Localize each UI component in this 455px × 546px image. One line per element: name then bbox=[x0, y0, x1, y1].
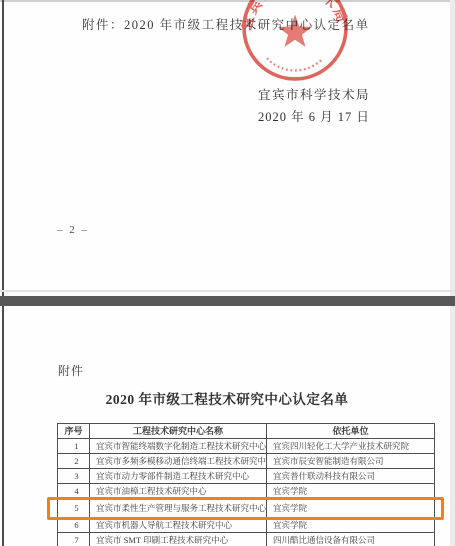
table-row: 2 宜宾市多频多模移动通信终端工程技术研究中心 宜宾市辰安智能制造有限公司 bbox=[58, 454, 435, 469]
row-center-name: 宜宾市油樟工程技术研究中心 bbox=[90, 484, 267, 499]
row-supporting-unit: 宜宾学院 bbox=[267, 499, 435, 518]
issuer-name: 宜宾市科学技术局 bbox=[258, 85, 370, 103]
list-title: 2020 年市级工程技术研究中心认定名单 bbox=[4, 388, 450, 408]
row-center-name: 宜宾市多频多模移动通信终端工程技术研究中心 bbox=[90, 454, 267, 469]
header-serial-number: 序号 bbox=[58, 424, 90, 439]
official-seal-stamp: 宜宾市科学技术局 bbox=[239, 0, 351, 84]
table-header-row: 序号 工程技术研究中心名称 依托单位 bbox=[58, 424, 435, 439]
row-supporting-unit: 宜宾普什联动科技有限公司 bbox=[267, 469, 435, 484]
row-center-name: 宜宾市动力零部件制造工程技术研究中心 bbox=[90, 469, 267, 484]
row-center-name: 宜宾市 SMT 印刷工程技术研究中心 bbox=[90, 533, 267, 546]
row-serial-number: 1 bbox=[58, 439, 90, 454]
document-page-2: 附件 2020 年市级工程技术研究中心认定名单 序号 工程技术研究中心名称 依托… bbox=[4, 306, 450, 546]
table-row: 4 宜宾市油樟工程技术研究中心 宜宾学院 bbox=[58, 484, 435, 499]
row-supporting-unit: 四川酷比通信设备有限公司 bbox=[267, 533, 435, 546]
page-separator-bar bbox=[0, 296, 455, 306]
attachment-label: 附件 bbox=[58, 362, 84, 379]
recognition-table-wrap: 序号 工程技术研究中心名称 依托单位 1 宜宾市智能终端数字化制造工程技术研究中… bbox=[57, 423, 439, 546]
row-serial-number: 3 bbox=[58, 469, 90, 484]
row-center-name: 宜宾市机器人导航工程技术研究中心 bbox=[90, 518, 267, 533]
row-center-name: 宜宾市柔性生产管理与服务工程技术研究中心 bbox=[90, 499, 267, 518]
row-serial-number: 2 bbox=[58, 454, 90, 469]
table-row: 6 宜宾市机器人导航工程技术研究中心 宜宾学院 bbox=[58, 518, 435, 533]
row-serial-number: 6 bbox=[58, 518, 90, 533]
row-serial-number: 5 bbox=[58, 499, 90, 518]
page-number: – 2 – bbox=[57, 224, 89, 236]
table-row: 7 宜宾市 SMT 印刷工程技术研究中心 四川酷比通信设备有限公司 bbox=[58, 533, 435, 546]
row-supporting-unit: 宜宾市辰安智能制造有限公司 bbox=[267, 454, 435, 469]
row-serial-number: 7 bbox=[58, 533, 90, 546]
table-row: 3 宜宾市动力零部件制造工程技术研究中心 宜宾普什联动科技有限公司 bbox=[58, 469, 435, 484]
recognition-table: 序号 工程技术研究中心名称 依托单位 1 宜宾市智能终端数字化制造工程技术研究中… bbox=[57, 423, 435, 546]
scan-right-edge bbox=[450, 0, 455, 546]
seal-star-icon bbox=[278, 15, 312, 47]
seal-bottom-code bbox=[267, 58, 323, 70]
header-center-name: 工程技术研究中心名称 bbox=[90, 424, 267, 439]
row-serial-number: 4 bbox=[58, 484, 90, 499]
header-supporting-unit: 依托单位 bbox=[267, 424, 435, 439]
document-page-1: 附件：2020 年市级工程技术研究中心认定名单 宜宾市科学技术局 2020 年 … bbox=[4, 2, 450, 292]
row-supporting-unit: 宜宾学院 bbox=[267, 484, 435, 499]
table-row: 1 宜宾市智能终端数字化制造工程技术研究中心 宜宾四川轻化工大学产业技术研究院 bbox=[58, 439, 435, 454]
row-center-name: 宜宾市智能终端数字化制造工程技术研究中心 bbox=[90, 439, 267, 454]
page1-bottom-edge bbox=[0, 290, 455, 292]
table-row: 5 宜宾市柔性生产管理与服务工程技术研究中心 宜宾学院 bbox=[58, 499, 435, 518]
row-supporting-unit: 宜宾学院 bbox=[267, 518, 435, 533]
issue-date: 2020 年 6 月 17 日 bbox=[258, 107, 370, 125]
row-supporting-unit: 宜宾四川轻化工大学产业技术研究院 bbox=[267, 439, 435, 454]
